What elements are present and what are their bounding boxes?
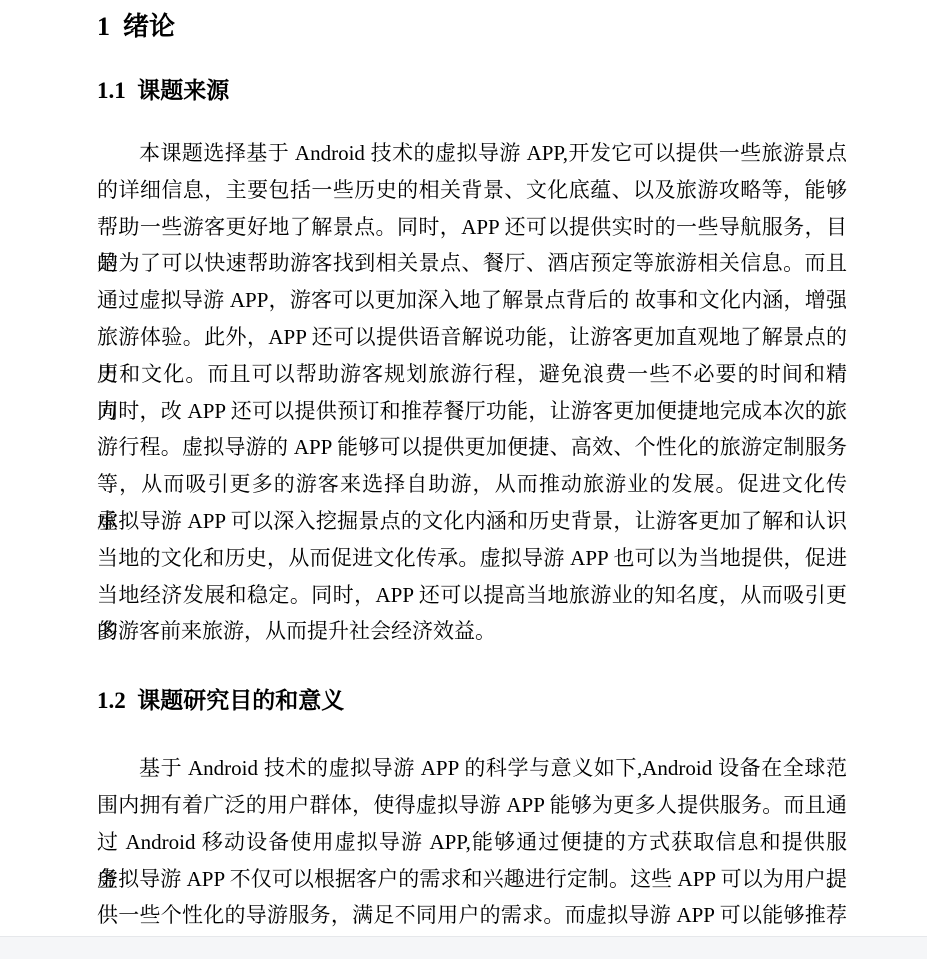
paragraph-line: 通过虚拟导游 APP，游客可以更加深入地了解景点背后的 故事和文化内涵，增强 <box>97 282 847 319</box>
section-heading-1-1: 1.1 课题来源 <box>97 76 847 106</box>
paragraph-line: 当地经济发展和稳定。同时，APP 还可以提高当地旅游业的知名度，从而吸引更多 <box>97 577 847 614</box>
paragraph-line: 基于 Android 技术的虚拟导游 APP 的科学与意义如下,Android … <box>97 750 847 787</box>
paragraph-line: 本课题选择基于 Android 技术的虚拟导游 APP,开发它可以提供一些旅游景… <box>97 135 847 172</box>
section-heading-1-2: 1.2 课题研究目的和意义 <box>97 686 847 716</box>
paragraph-line: 是为了可以快速帮助游客找到相关景点、餐厅、酒店预定等旅游相关信息。而且 <box>97 245 847 282</box>
paragraph-line: 围内拥有着广泛的用户群体，使得虚拟导游 APP 能够为更多人提供服务。而且通 <box>97 787 847 824</box>
paragraph-purpose-significance: 基于 Android 技术的虚拟导游 APP 的科学与意义如下,Android … <box>97 750 847 934</box>
document-page: 1 绪论 1.1 课题来源 本课题选择基于 Android 技术的虚拟导游 AP… <box>0 0 927 959</box>
paragraph-line: 的详细信息，主要包括一些历史的相关背景、文化底蕴、以及旅游攻略等，能够 <box>97 172 847 209</box>
paragraph-line: 虚拟导游 APP 不仅可以根据客户的需求和兴趣进行定制。这些 APP 可以为用户… <box>97 861 847 898</box>
paragraph-line: 虚拟导游 APP 可以深入挖掘景点的文化内涵和历史背景，让游客更加了解和认识 <box>97 503 847 540</box>
paragraph-line: 过 Android 移动设备使用虚拟导游 APP,能够通过便捷的方式获取信息和提… <box>97 824 847 861</box>
paragraph-line: 当地的文化和历史，从而促进文化传承。虚拟导游 APP 也可以为当地提供，促进 <box>97 540 847 577</box>
viewer-bottom-gap <box>0 936 927 959</box>
paragraph-line: 史和文化。而且可以帮助游客规划旅游行程，避免浪费一些不必要的时间和精力。 <box>97 356 847 393</box>
chapter-heading: 1 绪论 <box>97 10 847 44</box>
paragraph-line: 供一些个性化的导游服务，满足不同用户的需求。而虚拟导游 APP 可以能够推荐 <box>97 897 847 934</box>
paragraph-line: 游行程。虚拟导游的 APP 能够可以提供更加便捷、高效、个性化的旅游定制服务 <box>97 429 847 466</box>
paragraph-line: 等，从而吸引更多的游客来选择自助游，从而推动旅游业的发展。促进文化传承： <box>97 466 847 503</box>
paragraph-topic-source: 本课题选择基于 Android 技术的虚拟导游 APP,开发它可以提供一些旅游景… <box>97 135 847 650</box>
paragraph-line: 帮助一些游客更好地了解景点。同时，APP 还可以提供实时的一些导航服务，目的 <box>97 209 847 246</box>
document-content: 1 绪论 1.1 课题来源 本课题选择基于 Android 技术的虚拟导游 AP… <box>97 0 847 934</box>
paragraph-line: 的游客前来旅游，从而提升社会经济效益。 <box>97 613 847 650</box>
paragraph-line: 同时，改 APP 还可以提供预订和推荐餐厅功能，让游客更加便捷地完成本次的旅 <box>97 393 847 430</box>
paragraph-line: 旅游体验。此外，APP 还可以提供语音解说功能，让游客更加直观地了解景点的历 <box>97 319 847 356</box>
